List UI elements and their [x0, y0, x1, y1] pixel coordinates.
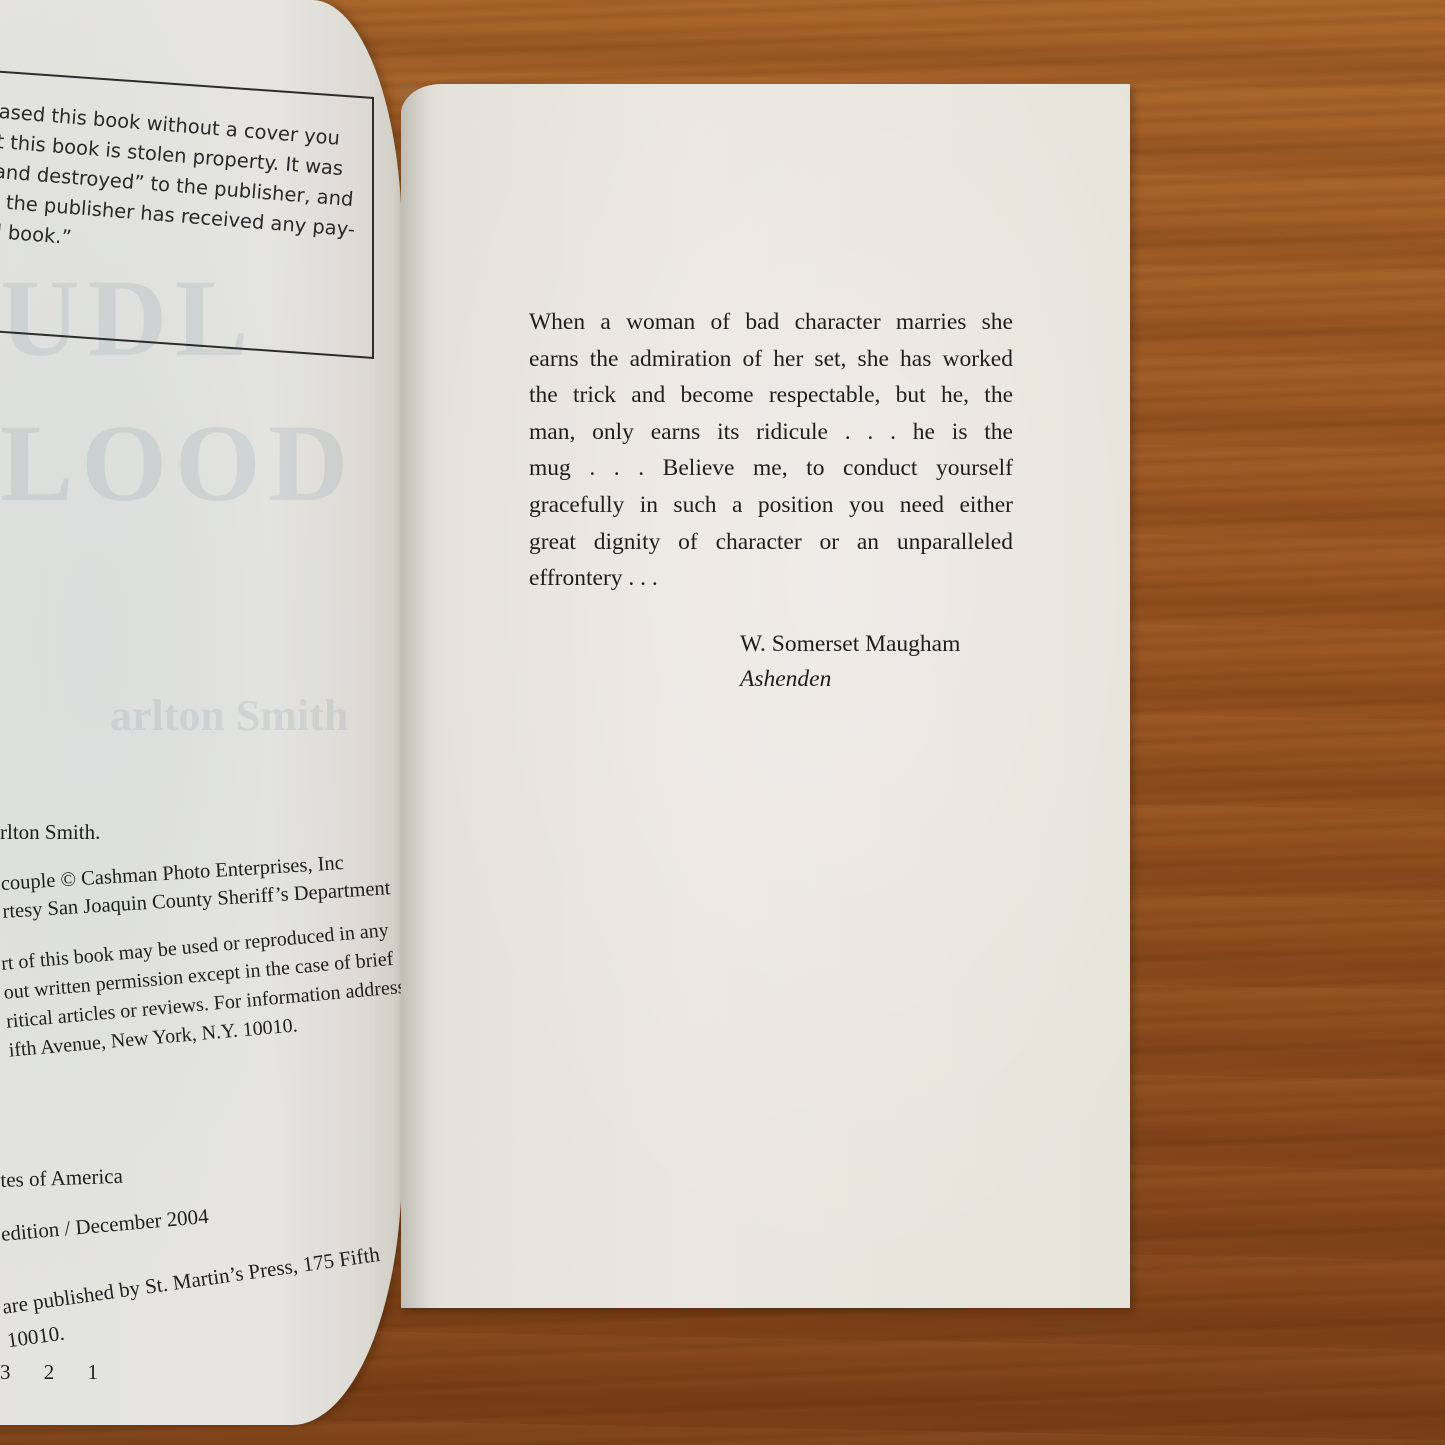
epigraph-attribution: W. Somerset Maugham Ashenden [740, 627, 960, 697]
print-run-numbers: 3 2 1 [0, 1360, 112, 1385]
epigraph-quote: When a woman of bad character marries sh… [529, 304, 1013, 597]
right-page-epigraph: When a woman of bad character marries sh… [401, 84, 1130, 1308]
epigraph-line: the trick and become respectable, but he… [529, 377, 1013, 414]
attribution-work-title: Ashenden [740, 662, 960, 697]
left-page-copyright: UDL LOOD arlton Smith ased this book wit… [0, 0, 402, 1425]
attribution-author: W. Somerset Maugham [740, 627, 960, 662]
publisher-info: are published by St. Martin’s Press, 175… [0, 1237, 387, 1357]
gutter-shadow [401, 84, 431, 1308]
copyright-author: rlton Smith. [0, 820, 100, 845]
show-through-author: arlton Smith [110, 690, 348, 741]
epigraph-line: gracefully in such a position you need e… [529, 487, 1013, 524]
photo-credits: couple © Cashman Photo Enterprises, Inc … [0, 846, 391, 926]
edition-date: edition / December 2004 [0, 1204, 210, 1247]
epigraph-line: earns the admiration of her set, she has… [529, 341, 1013, 378]
epigraph-line: effrontery . . . [529, 560, 1013, 597]
epigraph-line: When a woman of bad character marries sh… [529, 304, 1013, 341]
epigraph-line: great dignity of character or an unparal… [529, 524, 1013, 561]
show-through-title-2: LOOD [0, 400, 356, 527]
printed-in: tes of America [0, 1164, 123, 1193]
epigraph-line: man, only earns its ridicule . . . he is… [529, 414, 1013, 451]
stolen-book-notice: ased this book without a cover you t thi… [0, 97, 369, 276]
epigraph-line: mug . . . Believe me, to conduct yoursel… [529, 450, 1013, 487]
rights-statement: rt of this book may be used or reproduce… [0, 915, 402, 1065]
